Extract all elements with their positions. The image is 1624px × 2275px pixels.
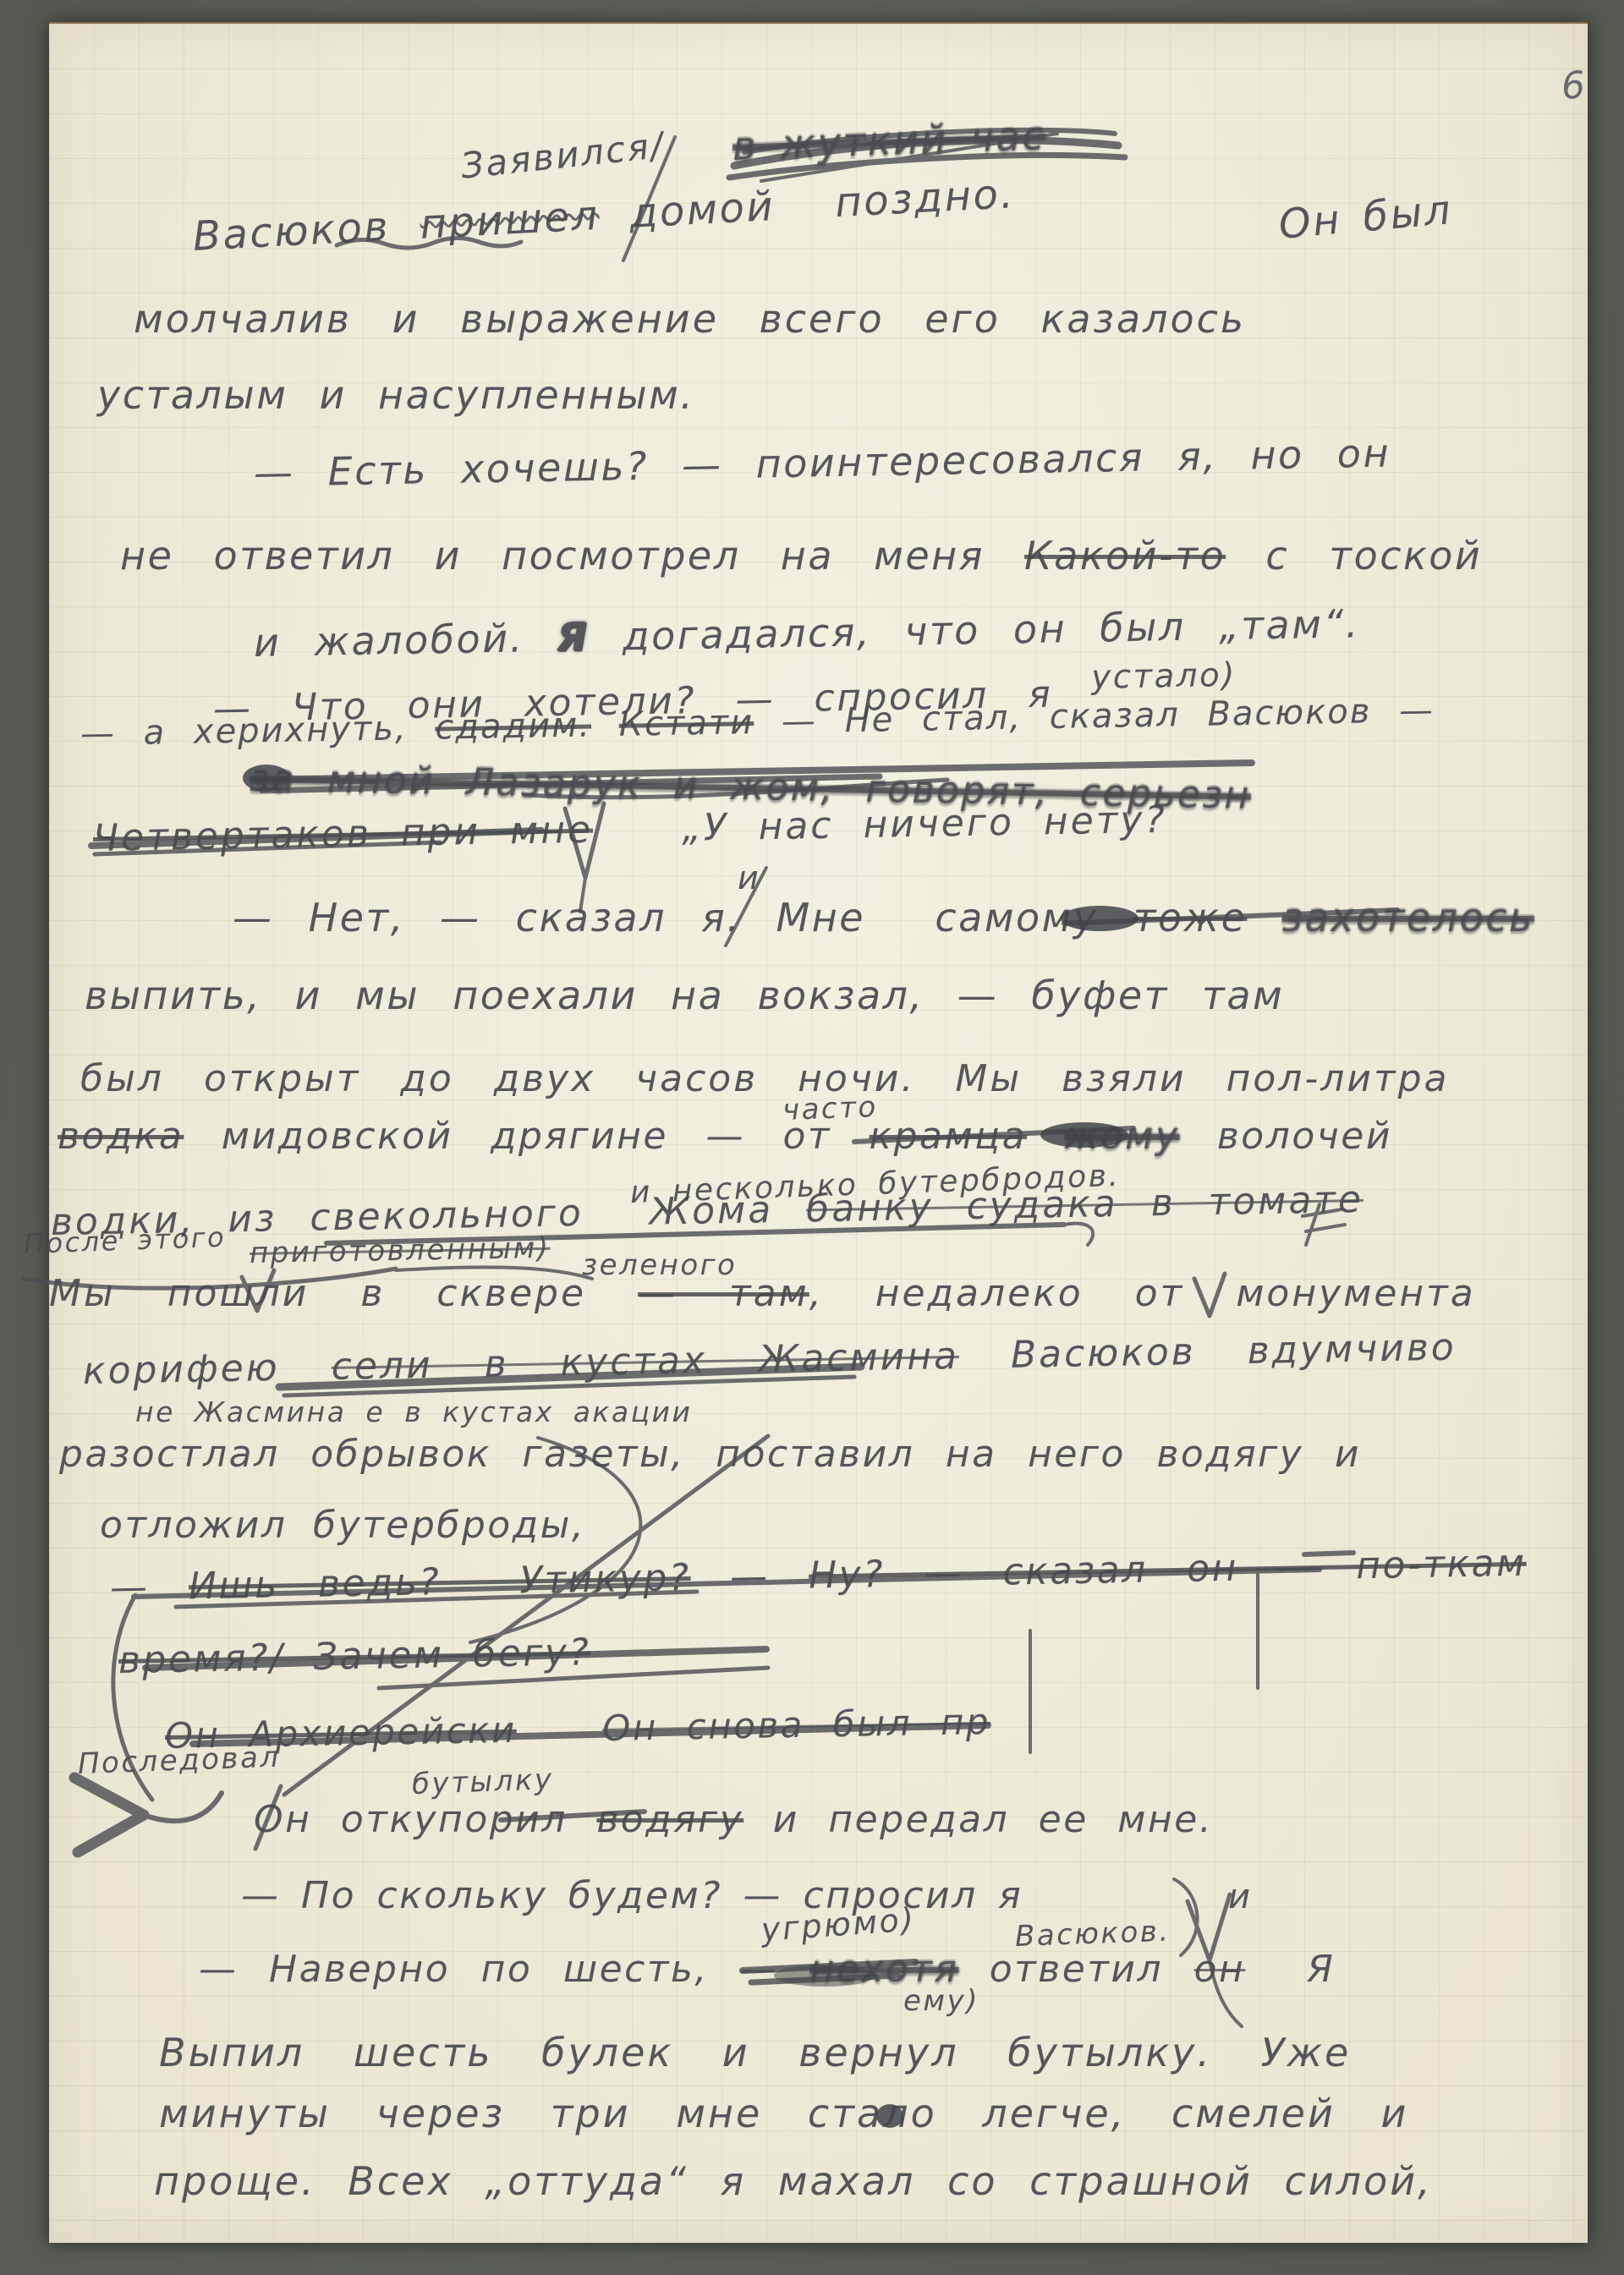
line-19: отложил бутерброды, — [100, 1504, 585, 1547]
text-segment-plain: мидовской дрягине — от — [184, 1115, 869, 1158]
text-segment-plain: Он был — [1277, 186, 1455, 249]
text-segment-plain: отложил бутерброды, — [100, 1504, 585, 1547]
text-segment-plain: Я — [1245, 1948, 1335, 1991]
text-segment-plain: разостлал обрывок газеты, поставил на не… — [59, 1433, 1361, 1476]
line-22-struck: Он Архиерейски Он снова был пр — [165, 1701, 991, 1757]
text-segment-plain: Васюков вдумчиво — [959, 1326, 1457, 1378]
text-segment-plain — [1247, 895, 1281, 940]
text-segment-plain: не ответил и посмотрел на меня — [120, 533, 1024, 578]
insert-i2: и — [1228, 1878, 1253, 1916]
line-20-struck: — Ишь ведь? Утикур? — Ну? — сказал он — … — [110, 1542, 1528, 1609]
text-segment-plain: минуты через три мне стало легче, смелей… — [159, 2091, 1408, 2136]
line-16: Мы пошли в сквере — там, недалеко от мон… — [49, 1272, 1476, 1315]
text-segment-plain: с тоской — [1226, 533, 1482, 578]
insert-i: и — [738, 859, 760, 896]
text-segment-heavy: водка — [58, 1115, 184, 1158]
text-segment-scribble: захотелось — [1282, 895, 1534, 940]
insert-butylku: бутылку — [411, 1762, 554, 1801]
text-segment-plain: и — [738, 859, 760, 896]
desk-background: { "page": { "number": "6" }, "colors": {… — [0, 0, 1624, 2275]
line-12: выпить, и мы поехали на вокзал, — буфет … — [85, 973, 1284, 1018]
text-segment-plain: — — [110, 1565, 189, 1609]
struck-first-variant: в жуткий час — [732, 112, 1046, 169]
text-segment-plain: и передал ее мне. — [743, 1798, 1213, 1841]
line-03: усталым и насупленным. — [97, 372, 694, 418]
line-10: Четвертаков при мне „У нас ничего нету? — [93, 798, 1168, 860]
text-segment-plain: волочей — [1179, 1115, 1392, 1158]
margin-posle-etogo: После этого — [23, 1221, 226, 1260]
text-segment-plain: бутылку — [411, 1762, 554, 1801]
text-segment-plain: не Жасмина е в кустах акации — [135, 1395, 692, 1428]
text-segment-plain: проще. Всех „оттуда“ я махал со страшной… — [154, 2158, 1433, 2204]
text-segment-plain: — Нет, — сказал я. Мне самому — [233, 895, 1133, 940]
text-segment-plain: — Есть хочешь? — поинтересовался я, но о… — [254, 430, 1391, 496]
text-segment-plain: ответил — [958, 1948, 1193, 1991]
text-segment-struck: сели в кустах Жасмина — [331, 1335, 959, 1389]
manuscript-lines: Заявился/в жуткий часВасюков пришел домо… — [0, 0, 1624, 2275]
line-27: минуты через три мне стало легче, смелей… — [159, 2091, 1408, 2136]
line-04: — Есть хочешь? — поинтересовался я, но о… — [254, 430, 1391, 496]
text-segment-heavy: время?/ Зачем бегу? — [118, 1631, 591, 1682]
text-segment-plain: догадался, что он был „там“. — [589, 600, 1360, 660]
text-segment-plain — [591, 705, 620, 745]
text-segment-heavy: Кстати — [618, 703, 754, 744]
margin-posledoval: Последовал — [77, 1741, 281, 1781]
text-segment-heavy: сдадим. — [435, 705, 591, 747]
insert-akacii: не Жасмина е в кустах акации — [135, 1395, 692, 1428]
text-segment-heavy: Четвертаков при мне — [93, 809, 594, 860]
text-segment-scribble: в жуткий час — [732, 112, 1046, 169]
text-segment-plain: — Наверно по шесть, — — [199, 1948, 809, 1991]
text-segment-plain: — — [690, 1554, 809, 1599]
text-segment-plain — [1363, 1177, 1397, 1221]
line-13: был открыт до двух часов ночи. Мы взяли … — [80, 1057, 1450, 1100]
text-segment-plain: Выпил шесть булек и вернул бутылку. Уже — [159, 2030, 1351, 2075]
text-segment-plain: и жалобой. — [254, 615, 558, 666]
text-segment-heavy: Ишь ведь? Утикур? — [189, 1556, 692, 1608]
line-06: и жалобой. Я догадался, что он был „там“… — [254, 600, 1361, 666]
text-segment-blot: Я — [557, 614, 590, 661]
line-17: корифею сели в кустах Жасмина Васюков вд… — [83, 1326, 1457, 1393]
line-28: проще. Всех „оттуда“ я махал со страшной… — [154, 2158, 1433, 2204]
text-segment-plain: Заявился/ — [458, 124, 667, 187]
text-segment-plain: Последовал — [77, 1741, 281, 1781]
text-segment-heavy: водягу — [596, 1798, 743, 1841]
text-segment-plain: и — [1228, 1878, 1253, 1916]
line-05: не ответил и посмотрел на меня Какой-то … — [120, 533, 1482, 578]
line-01b: Он был — [1277, 186, 1455, 249]
text-segment-plain: После этого — [23, 1221, 226, 1260]
text-segment-struck: приготовленным) — [250, 1231, 551, 1270]
line-01: Васюков пришел домой поздно. — [192, 170, 1017, 260]
text-segment-plain: был открыт до двух часов ночи. Мы взяли … — [80, 1057, 1450, 1100]
text-segment-struck: Он снова был пр — [602, 1701, 991, 1749]
line-21-struck: время?/ Зачем бегу? — [118, 1631, 591, 1682]
text-segment-heavy: крамца — [870, 1115, 1028, 1158]
text-segment-plain — [516, 1708, 602, 1751]
line-18: разостлал обрывок газеты, поставил на не… — [59, 1433, 1361, 1476]
text-segment-plain: молчалив и выражение всего его казалось — [134, 296, 1246, 342]
text-segment-heavy: Ну? — сказал он — по-ткам — [809, 1542, 1528, 1598]
margin-prigotovlennym: приготовленным) — [250, 1231, 551, 1270]
text-segment-plain: Васюков — [192, 201, 422, 260]
text-segment-scribble: жому — [1065, 1115, 1180, 1158]
line-23: Он откупорил водягу и передал ее мне. — [254, 1798, 1213, 1841]
text-segment-struck: он — [1194, 1948, 1246, 1991]
text-segment-raise: устало) — [1091, 656, 1237, 697]
insert-emu: ему) — [903, 1984, 979, 2018]
text-segment-plain: У нас ничего нету? — [703, 798, 1167, 850]
text-segment-heavy: Какой-то — [1024, 533, 1226, 578]
text-segment-plain: Мы пошли в сквере — [49, 1272, 638, 1315]
text-segment-plain: корифею — [83, 1346, 332, 1393]
text-segment-plain: — а херихнуть, — [80, 709, 436, 754]
text-segment-plain: усталым и насупленным. — [97, 372, 694, 418]
text-segment-plain: Он откупорил — [254, 1798, 596, 1841]
line-26: Выпил шесть булек и вернул бутылку. Уже — [159, 2030, 1351, 2075]
text-segment-struck: банку судака в томате — [806, 1178, 1364, 1231]
text-segment-wavy: пришел — [419, 192, 601, 249]
text-segment-heavy: — там — [638, 1272, 809, 1315]
text-segment-plain: , недалеко от монумента — [809, 1272, 1476, 1315]
text-segment-plain: выпить, и мы поехали на вокзал, — буфет … — [85, 973, 1284, 1018]
line-11: — Нет, — сказал я. Мне самому тоже захот… — [233, 895, 1534, 940]
text-segment-plain: домой поздно. — [598, 170, 1016, 239]
text-segment-plain: „ — [593, 806, 705, 851]
line-02: молчалив и выражение всего его казалось — [134, 296, 1246, 342]
insert-zayavilsya: Заявился/ — [458, 124, 667, 187]
line-14: водка мидовской дрягине — от крамца жому… — [58, 1115, 1392, 1158]
text-segment-plain — [1027, 1115, 1065, 1158]
text-segment-heavy: тоже — [1133, 895, 1248, 940]
line-25: — Наверно по шесть, — нехотя ответил он … — [199, 1948, 1335, 1991]
text-segment-plain: ему) — [903, 1984, 979, 2018]
